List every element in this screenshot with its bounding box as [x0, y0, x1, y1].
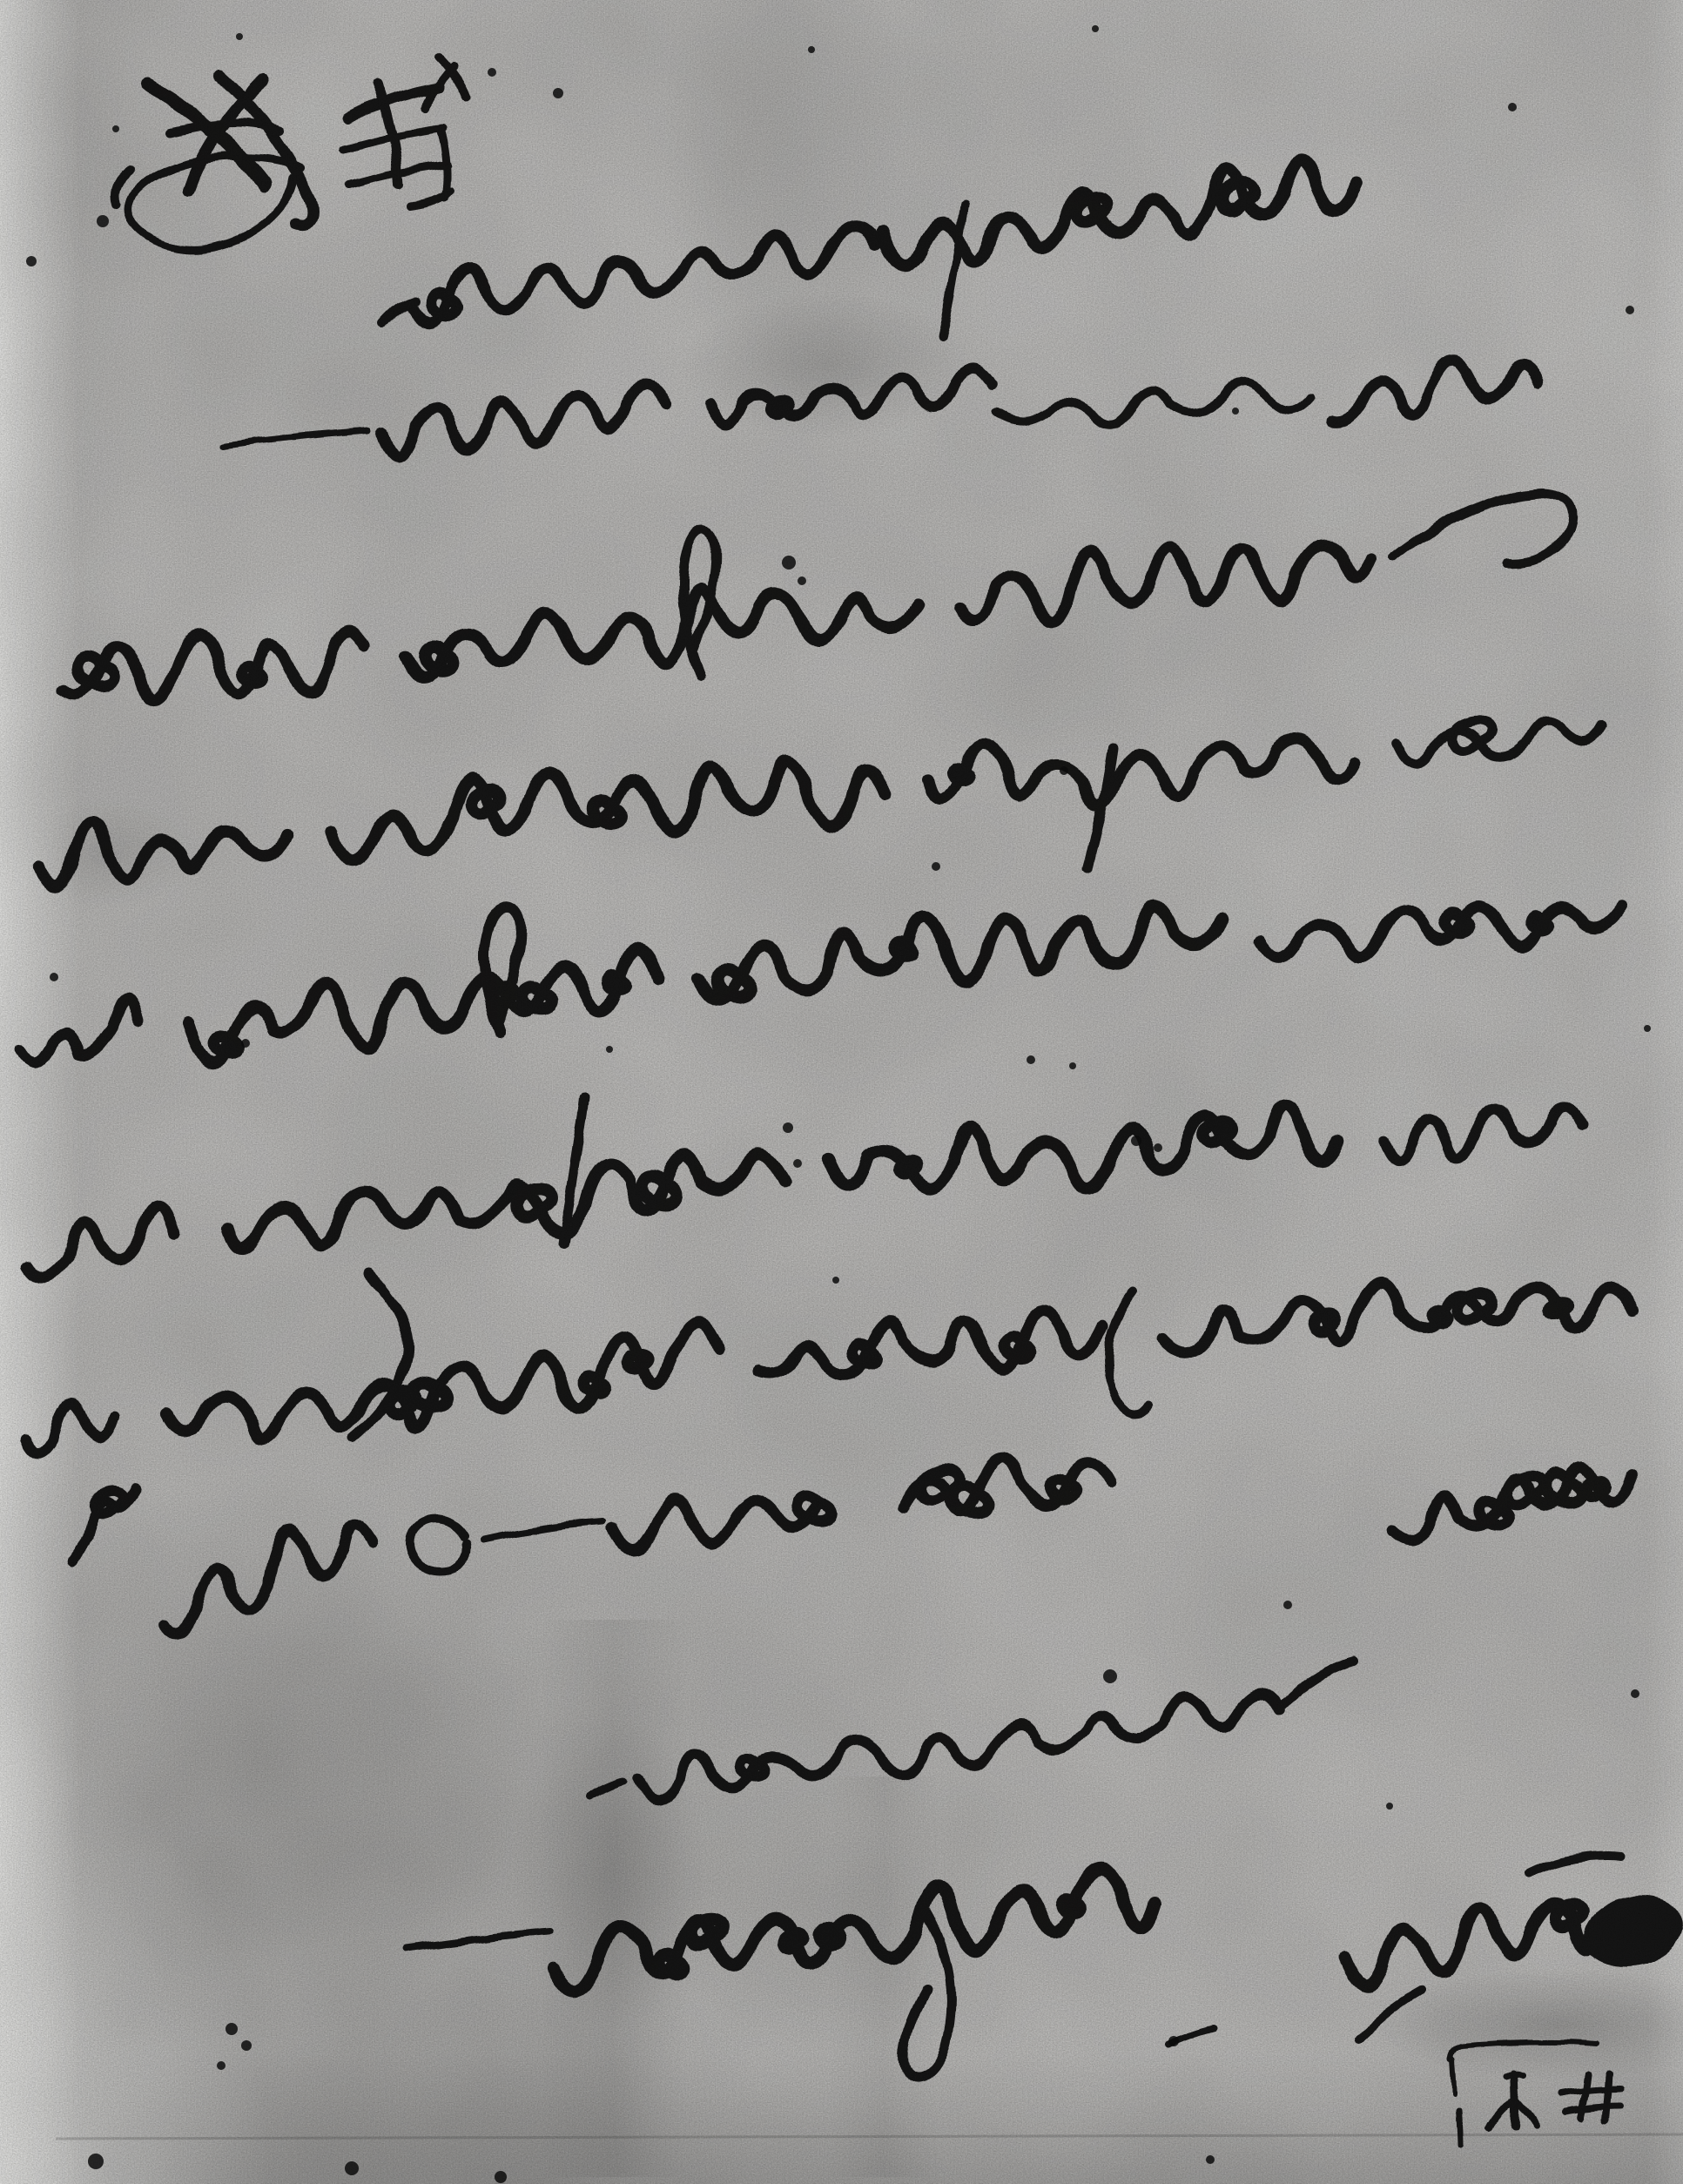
manuscript-page — [0, 0, 1683, 2184]
film-grain-layer — [0, 0, 1683, 2184]
handwriting-ink — [0, 0, 1683, 2184]
